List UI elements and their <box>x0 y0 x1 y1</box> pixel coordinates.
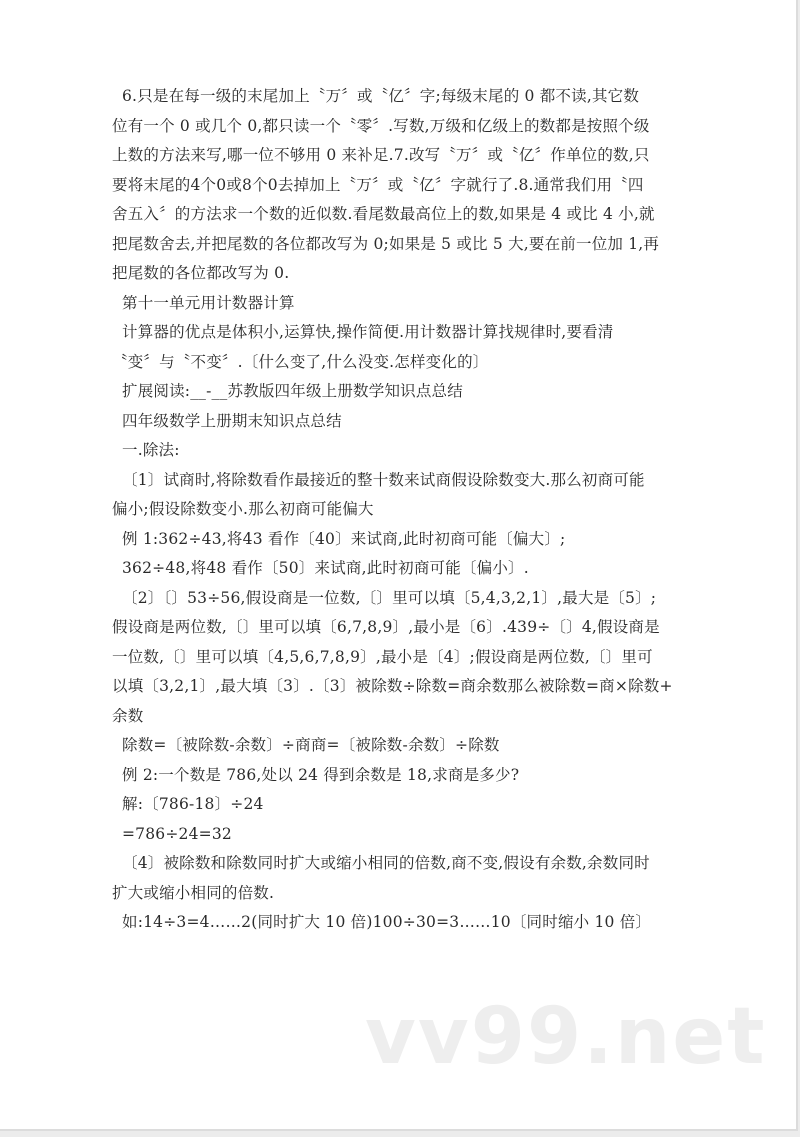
text-line: 余数 <box>112 702 700 732</box>
watermark: vv99.net <box>365 992 767 1082</box>
solution-line: 解:〔786-18〕÷24 <box>112 790 700 820</box>
text-line: 舍五入〞的方法求一个数的近似数.看尾数最高位上的数,如果是 4 或比 4 小,就 <box>112 200 700 230</box>
text-line: 6.只是在每一级的末尾加上〝万〞或〝亿〞字;每级末尾的 0 都不读,其它数 <box>112 82 700 112</box>
example-line: 例 2:一个数是 786,处以 24 得到余数是 18,求商是多少? <box>112 761 700 791</box>
text-line: 假设商是两位数,〔〕里可以填〔6,7,8,9〕,最小是〔6〕.439÷〔〕4,假… <box>112 613 700 643</box>
text-line: 要将末尾的4个0或8个0去掉加上〝万〞或〝亿〞字就行了.8.通常我们用〝四 <box>112 171 700 201</box>
text-line: 把尾数的各位都改写为 0. <box>112 259 700 289</box>
text-line: 〝变〞与〝不变〞.〔什么变了,什么没变.怎样变化的〕 <box>112 348 700 378</box>
example-line: 362÷48,将48 看作〔50〕来试商,此时初商可能〔偏小〕. <box>112 554 700 584</box>
text-line: 〔4〕被除数和除数同时扩大或缩小相同的倍数,商不变,假设有余数,余数同时 <box>112 849 700 879</box>
example-line: 例 1:362÷43,将43 看作〔40〕来试商,此时初商可能〔偏大〕; <box>112 525 700 555</box>
solution-line: =786÷24=32 <box>112 820 700 850</box>
text-line: 上数的方法来写,哪一位不够用 0 来补足.7.改写〝万〞或〝亿〞作单位的数,只 <box>112 141 700 171</box>
text-line: 扩大或缩小相同的倍数. <box>112 879 700 909</box>
text-line: 以填〔3,2,1〕,最大填〔3〕.〔3〕被除数÷除数=商余数那么被除数=商×除数… <box>112 672 700 702</box>
document-body: 6.只是在每一级的末尾加上〝万〞或〝亿〞字;每级末尾的 0 都不读,其它数 位有… <box>112 82 700 938</box>
text-line: 偏小;假设除数变小.那么初商可能偏大 <box>112 495 700 525</box>
section-heading: 四年级数学上册期末知识点总结 <box>112 407 700 437</box>
text-line: 〔1〕试商时,将除数看作最接近的整十数来试商假设除数变大.那么初商可能 <box>112 466 700 496</box>
text-line: 〔2〕〔〕53÷56,假设商是一位数,〔〕里可以填〔5,4,3,2,1〕,最大是… <box>112 584 700 614</box>
extended-reading-line: 扩展阅读:__-__苏教版四年级上册数学知识点总结 <box>112 377 700 407</box>
example-line: 如:14÷3=4……2(同时扩大 10 倍)100÷30=3……10〔同时缩小 … <box>112 908 700 938</box>
text-line: 计算器的优点是体积小,运算快,操作简便.用计数器计算找规律时,要看清 <box>112 318 700 348</box>
document-page: 6.只是在每一级的末尾加上〝万〞或〝亿〞字;每级末尾的 0 都不读,其它数 位有… <box>0 0 798 1131</box>
text-line: 位有一个 0 或几个 0,都只读一个〝零〞.写数,万级和亿级上的数都是按照个级 <box>112 112 700 142</box>
section-heading: 第十一单元用计数器计算 <box>112 289 700 319</box>
text-line: 把尾数舍去,并把尾数的各位都改写为 0;如果是 5 或比 5 大,要在前一位加 … <box>112 230 700 260</box>
formula-line: 除数=〔被除数-余数〕÷商商=〔被除数-余数〕÷除数 <box>112 731 700 761</box>
section-heading: 一.除法: <box>112 436 700 466</box>
text-line: 一位数,〔〕里可以填〔4,5,6,7,8,9〕,最小是〔4〕;假设商是两位数,〔… <box>112 643 700 673</box>
